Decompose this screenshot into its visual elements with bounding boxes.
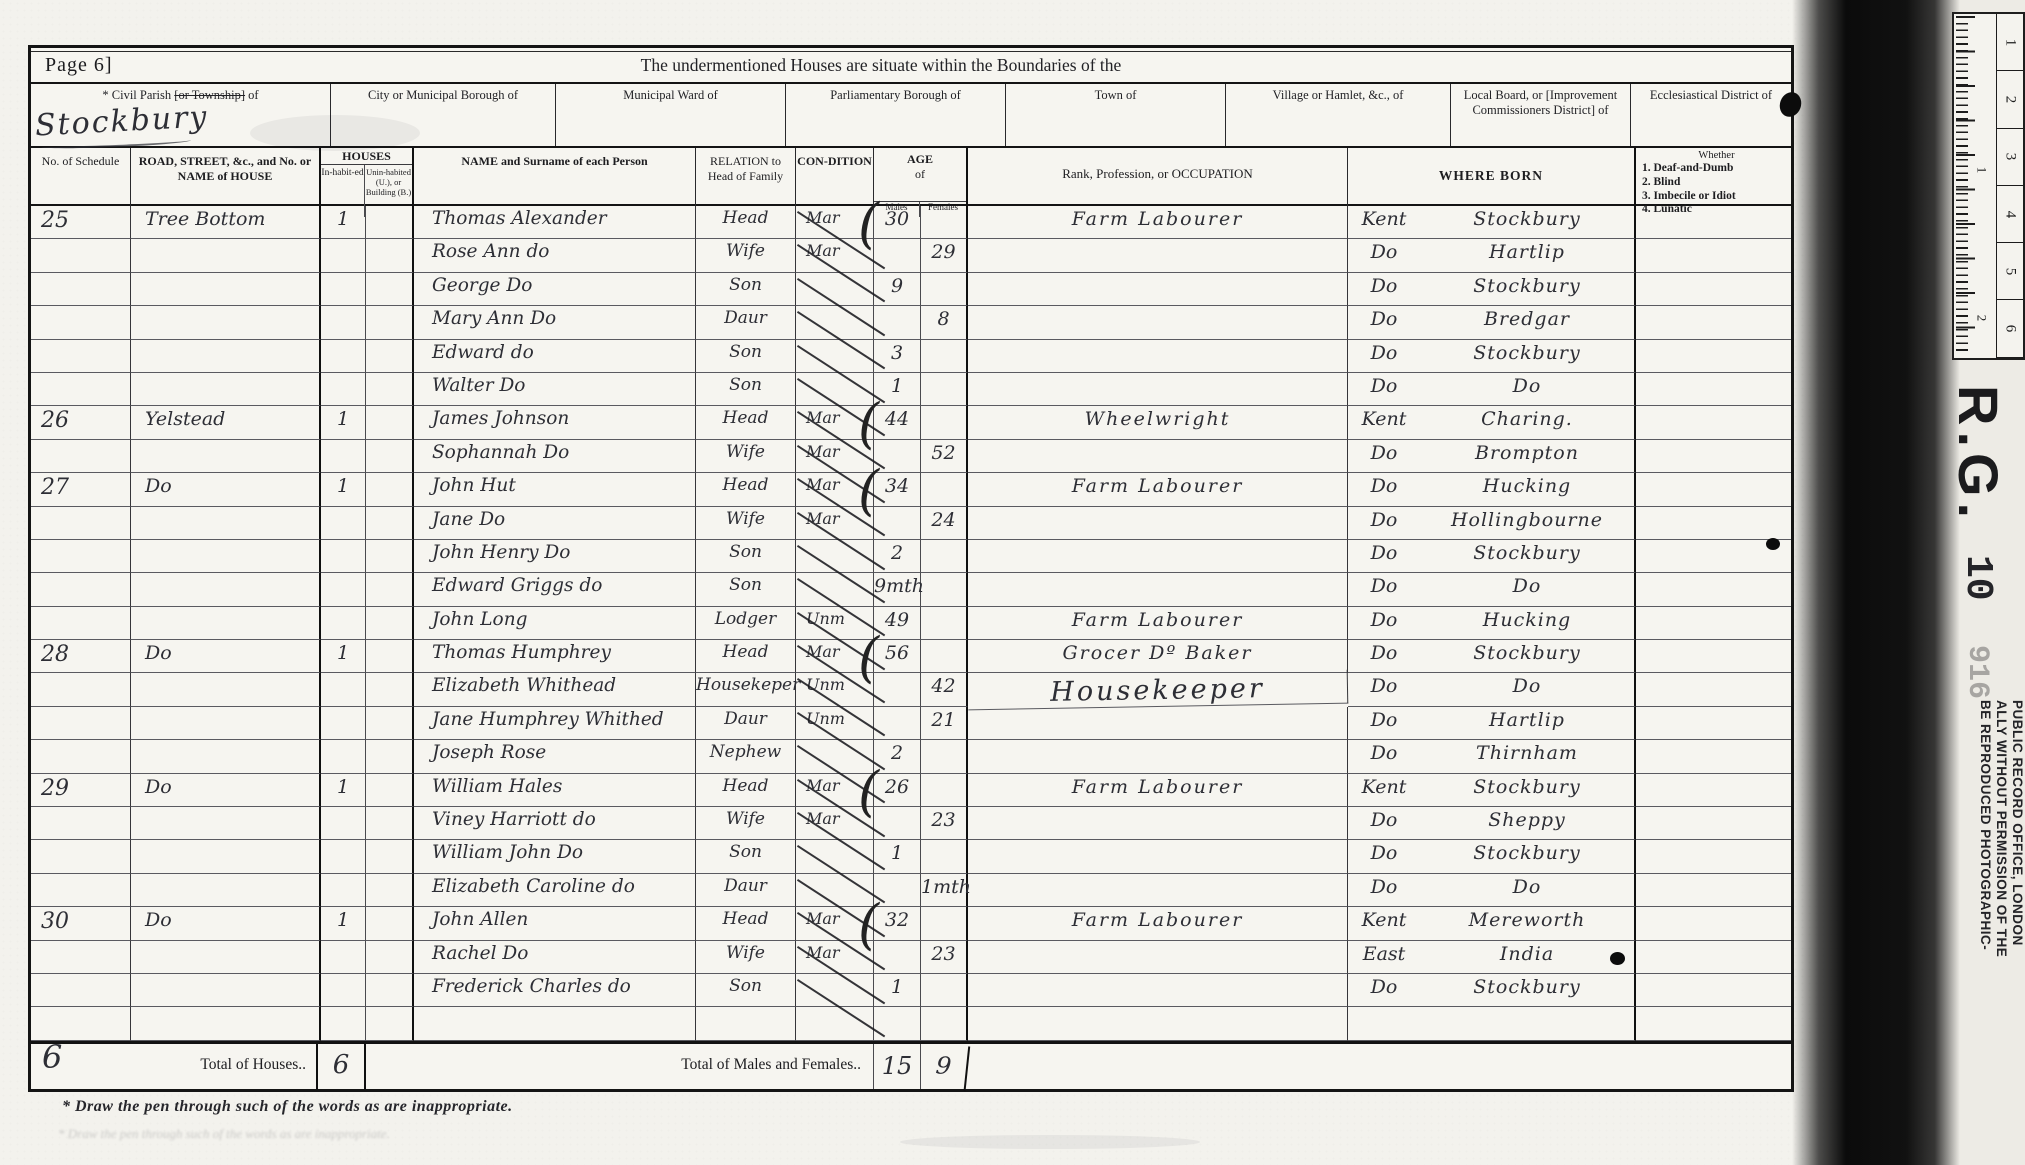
born-place: Thirnham (1420, 742, 1634, 772)
disability-cell (1636, 440, 1791, 473)
schedule-cell (31, 807, 131, 840)
record-class-label: R.G. (1946, 385, 2011, 524)
occupation-cell (968, 540, 1348, 573)
name-cell: Frederick Charles do (414, 974, 696, 1007)
schedule-cell (31, 974, 131, 1007)
inhabited-cell (321, 707, 366, 740)
where-born-cell: Do Brompton (1348, 440, 1636, 473)
uninhabited-cell (366, 473, 414, 506)
born-place: Charing. (1420, 408, 1634, 438)
where-born-cell: Kent Charing. (1348, 406, 1636, 439)
age-females-cell (921, 907, 968, 940)
schedule-cell (31, 239, 131, 272)
born-county: East (1348, 943, 1420, 973)
age-females-cell: 1mth (921, 874, 968, 907)
schedule-cell (31, 306, 131, 339)
occupation-cell: Farm Labourer (968, 206, 1348, 239)
born-county: Do (1348, 642, 1420, 672)
inhabited-cell (321, 507, 366, 540)
table-row (31, 1007, 1791, 1040)
age-females-cell: 8 (921, 306, 968, 339)
age-females-cell (921, 840, 968, 873)
inhabited-cell (321, 874, 366, 907)
road-cell (131, 807, 321, 840)
age-females-cell (921, 406, 968, 439)
inhabited-cell (321, 340, 366, 373)
age-males-cell: 49 (874, 607, 921, 640)
name-cell: John Henry Do (414, 540, 696, 573)
table-row: 29 Do 1 William Hales Head Mar 26 Farm L… (31, 774, 1791, 807)
uninhabited-cell (366, 807, 414, 840)
where-born-cell: East India (1348, 941, 1636, 974)
name-cell: John Long (414, 607, 696, 640)
born-county: Do (1348, 876, 1420, 906)
age-females-cell (921, 1007, 968, 1040)
where-born-cell: Do Thirnham (1348, 740, 1636, 773)
occupation-cell: Housekeeper (968, 670, 1349, 711)
uninhabited-cell (366, 840, 414, 873)
disability-cell (1636, 340, 1791, 373)
born-place: Bredgar (1420, 308, 1634, 338)
ink-blot (1766, 538, 1780, 550)
name-cell: James Johnson (414, 406, 696, 439)
born-county: Do (1348, 475, 1420, 505)
occupation-cell: Wheelwright (968, 406, 1348, 439)
occupation-cell: Farm Labourer (968, 907, 1348, 940)
inhabited-cell: 1 (321, 640, 366, 673)
schedule-cell (31, 707, 131, 740)
born-place: Stockbury (1420, 342, 1634, 372)
occupation-cell (968, 306, 1348, 339)
name-cell (414, 1007, 696, 1040)
table-row: John Long Lodger Unm 49 Farm Labourer Do… (31, 607, 1791, 640)
schedule-cell (31, 840, 131, 873)
name-cell: Walter Do (414, 373, 696, 406)
where-born-cell: Do Do (1348, 673, 1636, 707)
uninhabited-cell (366, 440, 414, 473)
totals-row: Total of Houses.. 6 Total of Males and F… (31, 1041, 1791, 1089)
inhabited-cell: 1 (321, 473, 366, 506)
total-females-value: 9 (919, 1041, 970, 1091)
occupation-cell (968, 440, 1348, 473)
road-cell: Yelstead (131, 406, 321, 439)
total-males-value: 15 (874, 1044, 921, 1089)
where-born-cell: Do Hartlip (1348, 239, 1636, 272)
name-cell: Rose Ann do (414, 239, 696, 272)
occupation-cell (968, 340, 1348, 373)
condition-cell (796, 273, 874, 306)
born-place: Do (1420, 375, 1634, 405)
road-cell (131, 840, 321, 873)
born-place: Sheppy (1420, 809, 1634, 839)
born-place: Stockbury (1420, 275, 1634, 305)
district-label-pre: Town of (1095, 88, 1137, 102)
uninhabited-cell (366, 874, 414, 907)
uninhabited-cell (366, 1007, 414, 1040)
age-females-cell (921, 573, 968, 606)
occupation-cell: Farm Labourer (968, 473, 1348, 506)
condition-cell (796, 340, 874, 373)
uninhabited-cell (366, 974, 414, 1007)
road-cell (131, 740, 321, 773)
relation-cell: Wife (696, 507, 796, 540)
age-females-cell: 24 (921, 507, 968, 540)
where-born-cell: Do Stockbury (1348, 273, 1636, 306)
table-body: 25 Tree Bottom 1 Thomas Alexander Head M… (31, 206, 1791, 1041)
born-county: Do (1348, 675, 1420, 706)
age-females-cell: 23 (921, 941, 968, 974)
uninhabited-cell (366, 340, 414, 373)
born-place: Hucking (1420, 475, 1634, 505)
age-females-cell (921, 273, 968, 306)
born-county: Kent (1348, 208, 1420, 238)
born-place: Stockbury (1420, 976, 1634, 1006)
disability-cell (1636, 273, 1791, 306)
inhabited-cell: 1 (321, 774, 366, 807)
road-cell (131, 340, 321, 373)
uninhabited-cell (366, 740, 414, 773)
where-born-cell: Do Do (1348, 373, 1636, 406)
relation-cell: Housekeper (696, 673, 796, 707)
condition-cell (796, 306, 874, 339)
record-piece-number: 916 (1960, 645, 1994, 699)
table-row: Joseph Rose Nephew 2 Do Thirnham (31, 740, 1791, 773)
inhabited-cell (321, 807, 366, 840)
road-cell (131, 540, 321, 573)
occupation-cell (968, 740, 1348, 773)
disability-cell (1636, 907, 1791, 940)
age-females-cell: 42 (921, 673, 968, 707)
born-place: Do (1420, 675, 1634, 706)
relation-cell: Wife (696, 807, 796, 840)
born-county: Do (1348, 241, 1420, 271)
relation-cell: Wife (696, 239, 796, 272)
occupation-cell (968, 373, 1348, 406)
page-title: The undermentioned Houses are situate wi… (1, 55, 1761, 76)
condition-cell (796, 840, 874, 873)
uninhabited-cell (366, 507, 414, 540)
road-cell (131, 607, 321, 640)
age-males-cell: 30 (874, 206, 921, 239)
relation-cell: Son (696, 840, 796, 873)
born-county: Do (1348, 509, 1420, 539)
relation-cell: Head (696, 774, 796, 807)
schedule-cell (31, 273, 131, 306)
road-cell (131, 440, 321, 473)
occupation-cell (968, 941, 1348, 974)
age-males-cell (874, 941, 921, 974)
schedule-cell: 26 (31, 406, 131, 439)
relation-cell: Head (696, 473, 796, 506)
age-females-cell (921, 640, 968, 673)
table-row: 28 Do 1 Thomas Humphrey Head Mar 56 Groc… (31, 640, 1791, 673)
district-cell: Parliamentary Borough of (786, 84, 1006, 146)
uninhabited-cell (366, 206, 414, 239)
where-born-cell: Do Hollingbourne (1348, 507, 1636, 540)
relation-cell: Son (696, 573, 796, 606)
district-label-pre: Village or Hamlet, &c., of (1273, 88, 1404, 102)
inhabited-cell: 1 (321, 907, 366, 940)
occupation-cell (968, 874, 1348, 907)
born-place: Hucking (1420, 609, 1634, 639)
schedule-cell (31, 607, 131, 640)
relation-cell: Son (696, 340, 796, 373)
district-label-pre: Municipal Ward of (623, 88, 718, 102)
column-headers: No. of Schedule ROAD, STREET, &c., and N… (31, 148, 1791, 206)
road-cell (131, 273, 321, 306)
born-place: Hollingbourne (1420, 509, 1634, 539)
disability-cell (1636, 507, 1791, 540)
condition-cell: Unm (796, 707, 874, 740)
table-row: Jane Humphrey Whithed Daur Unm 21 Do Har… (31, 707, 1791, 740)
district-cell: Municipal Ward of (556, 84, 786, 146)
table-row: William John Do Son 1 Do Stockbury (31, 840, 1791, 873)
where-born-cell: Do Stockbury (1348, 974, 1636, 1007)
born-place: Mereworth (1420, 909, 1634, 939)
uninhabited-cell (366, 573, 414, 606)
disability-cell (1636, 373, 1791, 406)
occupation-cell (968, 707, 1348, 740)
born-county: Do (1348, 609, 1420, 639)
occupation-cell: Farm Labourer (968, 774, 1348, 807)
age-males-cell (874, 707, 921, 740)
name-cell: Joseph Rose (414, 740, 696, 773)
inhabited-cell (321, 607, 366, 640)
occupation-cell (968, 507, 1348, 540)
inhabited-cell (321, 373, 366, 406)
condition-cell (796, 1007, 874, 1040)
uninhabited-cell (366, 373, 414, 406)
born-county (1348, 1009, 1420, 1039)
born-place: Stockbury (1420, 542, 1634, 572)
relation-cell: Daur (696, 874, 796, 907)
occupation-cell (968, 239, 1348, 272)
footnote-ghost: * Draw the pen through such of the words… (58, 1126, 488, 1142)
inhabited-cell (321, 540, 366, 573)
relation-cell: Head (696, 206, 796, 239)
schedule-cell (31, 941, 131, 974)
age-females-cell (921, 340, 968, 373)
relation-cell: Son (696, 373, 796, 406)
district-label-pre: Local Board, or [Improvement Commissione… (1464, 88, 1617, 117)
age-females-cell: 21 (921, 707, 968, 740)
ruler-numbers: 1 2 3 4 5 6 (1996, 14, 2023, 358)
born-place: Brompton (1420, 442, 1634, 472)
occupation-cell (968, 807, 1348, 840)
table-row: Sophannah Do Wife Mar 52 Do Brompton (31, 440, 1791, 473)
name-cell: William John Do (414, 840, 696, 873)
schedule-cell: 27 (31, 473, 131, 506)
where-born-cell: Do Do (1348, 573, 1636, 606)
born-county: Do (1348, 375, 1420, 405)
relation-cell: Daur (696, 707, 796, 740)
schedule-cell (31, 874, 131, 907)
ink-blot (1610, 952, 1625, 965)
record-series-number: 10 (1956, 555, 1999, 601)
relation-cell: Head (696, 907, 796, 940)
occupation-cell: Grocer Dº Baker (968, 640, 1348, 673)
where-born-cell: Kent Stockbury (1348, 206, 1636, 239)
name-cell: Elizabeth Caroline do (414, 874, 696, 907)
born-county: Kent (1348, 776, 1420, 806)
inhabited-cell: 1 (321, 406, 366, 439)
occupation-cell (968, 273, 1348, 306)
road-cell (131, 673, 321, 707)
uninhabited-cell (366, 406, 414, 439)
schedule-cell (31, 373, 131, 406)
total-houses-label: Total of Houses.. (31, 1044, 318, 1089)
born-county: Do (1348, 976, 1420, 1006)
born-county: Do (1348, 442, 1420, 472)
born-place: Hartlip (1420, 709, 1634, 739)
relation-cell: Head (696, 406, 796, 439)
name-cell: William Hales (414, 774, 696, 807)
name-cell: John Allen (414, 907, 696, 940)
road-cell: Do (131, 774, 321, 807)
relation-cell: Wife (696, 941, 796, 974)
disability-cell (1636, 974, 1791, 1007)
where-born-cell: Do Hartlip (1348, 707, 1636, 740)
born-county: Do (1348, 809, 1420, 839)
schedule-cell: 30 (31, 907, 131, 940)
born-place: Do (1420, 876, 1634, 906)
born-county: Do (1348, 742, 1420, 772)
district-label-pre: City or Municipal Borough of (368, 88, 518, 102)
name-cell: Thomas Humphrey (414, 640, 696, 673)
road-cell: Do (131, 640, 321, 673)
disability-cell (1636, 306, 1791, 339)
where-born-cell: Do Stockbury (1348, 840, 1636, 873)
uninhabited-cell (366, 640, 414, 673)
district-cell: Ecclesiastical District of (1631, 84, 1791, 146)
age-females-cell (921, 373, 968, 406)
uninhabited-cell (366, 941, 414, 974)
where-born-cell (1348, 1007, 1636, 1040)
table-row: 26 Yelstead 1 James Johnson Head Mar 44 … (31, 406, 1791, 439)
name-cell: Edward Griggs do (414, 573, 696, 606)
uninhabited-cell (366, 907, 414, 940)
disability-cell (1636, 640, 1791, 673)
disability-cell (1636, 206, 1791, 239)
disability-cell (1636, 573, 1791, 606)
uninhabited-cell (366, 707, 414, 740)
road-cell: Do (131, 907, 321, 940)
name-cell: Edward do (414, 340, 696, 373)
schedule-cell (31, 673, 131, 707)
ruler: 1 2 1 2 3 4 5 6 (1952, 12, 2025, 360)
table-row: Walter Do Son 1 Do Do (31, 373, 1791, 406)
born-place: Stockbury (1420, 208, 1634, 238)
name-cell: George Do (414, 273, 696, 306)
smudge (250, 115, 420, 151)
age-females-cell (921, 540, 968, 573)
uninhabited-cell (366, 273, 414, 306)
road-cell (131, 239, 321, 272)
disability-cell (1636, 707, 1791, 740)
age-females-cell (921, 473, 968, 506)
condition-cell (796, 573, 874, 606)
disability-cell (1636, 239, 1791, 272)
smudge (900, 1135, 1200, 1149)
name-cell: Thomas Alexander (414, 206, 696, 239)
age-females-cell (921, 206, 968, 239)
where-born-cell: Do Stockbury (1348, 540, 1636, 573)
road-cell (131, 941, 321, 974)
relation-cell: Head (696, 640, 796, 673)
disability-cell (1636, 673, 1791, 707)
road-cell (131, 306, 321, 339)
schedule-cell (31, 507, 131, 540)
inhabited-cell (321, 573, 366, 606)
table-row: Rose Ann do Wife Mar 29 Do Hartlip (31, 239, 1791, 272)
ruler-ticks (1956, 16, 1968, 356)
born-county: Do (1348, 275, 1420, 305)
schedule-cell (31, 573, 131, 606)
table-row: Jane Do Wife Mar 24 Do Hollingbourne (31, 507, 1791, 540)
road-cell (131, 707, 321, 740)
inhabited-cell (321, 941, 366, 974)
inhabited-cell (321, 440, 366, 473)
relation-cell (696, 1007, 796, 1040)
disability-cell (1636, 840, 1791, 873)
table-row: Rachel Do Wife Mar 23 East India (31, 941, 1791, 974)
uninhabited-cell (366, 673, 414, 707)
inhabited-cell: 1 (321, 206, 366, 239)
relation-cell: Daur (696, 306, 796, 339)
schedule-cell (31, 1007, 131, 1040)
age-males-cell (874, 440, 921, 473)
page-header: Page 6] The undermentioned Houses are si… (31, 48, 1791, 84)
relation-cell: Son (696, 273, 796, 306)
occupation-cell (968, 573, 1348, 606)
name-cell: Jane Do (414, 507, 696, 540)
inhabited-cell (321, 974, 366, 1007)
age-males-cell (874, 874, 921, 907)
uninhabited-cell (366, 540, 414, 573)
table-row: John Henry Do Son 2 Do Stockbury (31, 540, 1791, 573)
uninhabited-cell (366, 239, 414, 272)
name-cell: Viney Harriott do (414, 807, 696, 840)
road-cell: Do (131, 473, 321, 506)
born-place: India (1420, 943, 1634, 973)
relation-cell: Wife (696, 440, 796, 473)
disability-cell (1636, 406, 1791, 439)
where-born-cell: Kent Stockbury (1348, 774, 1636, 807)
inhabited-cell (321, 306, 366, 339)
table-row: Mary Ann Do Daur 8 Do Bredgar (31, 306, 1791, 339)
table-row: Elizabeth Whithead Housekeper Unm 42 Hou… (31, 673, 1791, 706)
district-label-pre: * Civil Parish (102, 88, 174, 102)
born-county: Do (1348, 542, 1420, 572)
born-county: Do (1348, 308, 1420, 338)
road-cell (131, 874, 321, 907)
born-place: Stockbury (1420, 842, 1634, 872)
total-houses-value: 6 (318, 1044, 366, 1089)
margin-tally-mark: 6 (42, 1038, 62, 1076)
table-row: 27 Do 1 John Hut Head Mar 34 Farm Labour… (31, 473, 1791, 506)
table-row: Frederick Charles do Son 1 Do Stockbury (31, 974, 1791, 1007)
district-label-pre: Parliamentary Borough of (830, 88, 961, 102)
where-born-cell: Do Bredgar (1348, 306, 1636, 339)
road-cell (131, 573, 321, 606)
road-cell (131, 1007, 321, 1040)
uninhabited-cell (366, 306, 414, 339)
disability-cell (1636, 607, 1791, 640)
schedule-cell: 28 (31, 640, 131, 673)
age-females-cell: 23 (921, 807, 968, 840)
totals-blank (968, 1044, 1791, 1089)
table-row: Edward Griggs do Son 9mth Do Do (31, 573, 1791, 606)
